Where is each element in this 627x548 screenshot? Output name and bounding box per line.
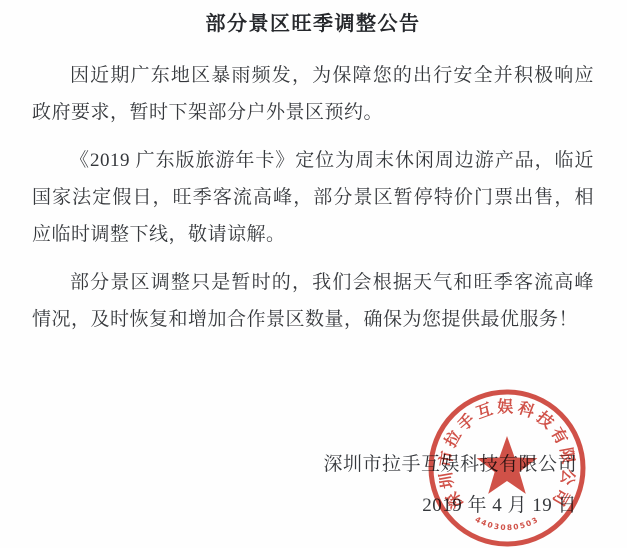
signature-block: 深圳市拉手互娱科技有限公司 2019 年 4 月 19 日 [32, 444, 594, 526]
document-title: 部分景区旺季调整公告 [32, 10, 594, 38]
paragraph-3: 部分景区调整只是暂时的，我们会根据天气和旺季客流高峰情况，及时恢复和增加合作景区… [32, 264, 594, 338]
signature-company: 深圳市拉手互娱科技有限公司 [32, 444, 577, 485]
paragraph-1: 因近期广东地区暴雨频发，为保障您的出行安全并积极响应政府要求，暂时下架部分户外景… [32, 57, 594, 131]
announcement-document: 部分景区旺季调整公告 因近期广东地区暴雨频发，为保障您的出行安全并积极响应政府要… [0, 0, 627, 548]
paragraph-2: 《2019 广东版旅游年卡》定位为周末休闲周边游产品，临近国家法定假日，旺季客流… [32, 142, 594, 253]
signature-date: 2019 年 4 月 19 日 [32, 485, 577, 526]
